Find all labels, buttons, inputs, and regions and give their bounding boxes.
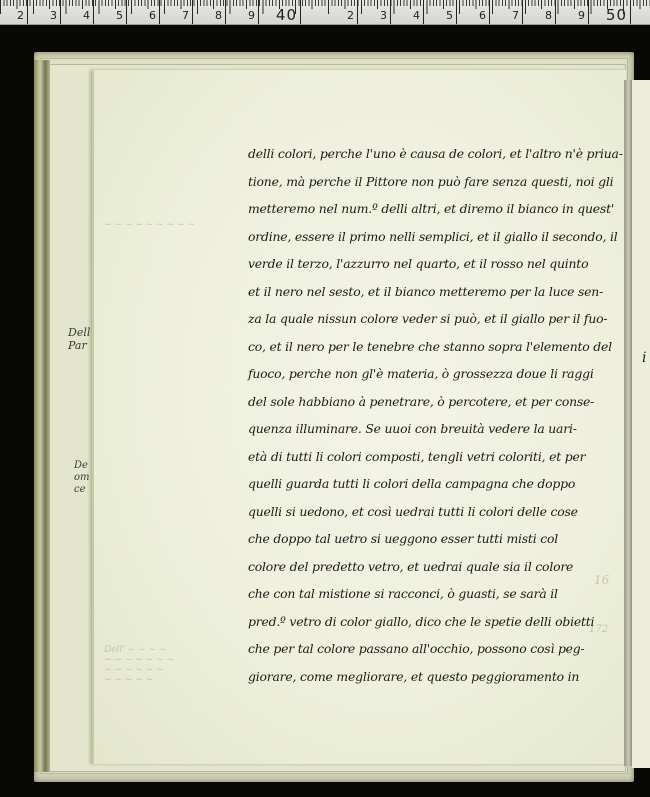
ruler-major-tick — [456, 0, 457, 24]
facing-page-fragment: i — [642, 350, 646, 366]
ruler-number: 3 — [380, 9, 390, 22]
ruler-number: 6 — [149, 9, 159, 22]
manuscript-line: za la quale nissun colore veder si può, … — [248, 305, 618, 333]
manuscript-line: ordine, essere il primo nelli semplici, … — [248, 223, 618, 251]
ruler-number: 50 — [606, 6, 630, 24]
ruler-major-tick — [522, 0, 523, 24]
ruler-number: 9 — [248, 9, 258, 22]
ruler-major-tick — [60, 0, 61, 24]
ruler-number: 2 — [17, 9, 27, 22]
marginal-word: Par — [68, 339, 90, 352]
ruler-number: 7 — [182, 9, 192, 22]
manuscript-line: giorare, come megliorare, et questo pegg… — [248, 663, 618, 691]
manuscript-line: fuoco, perche non gl'è materia, ò grosse… — [248, 360, 618, 388]
ruler-number: 4 — [413, 9, 423, 22]
ruler-major-tick — [27, 0, 28, 24]
manuscript-line: quenza illuminare. Se uuoi con breuità v… — [248, 415, 618, 443]
ruler-major-tick — [357, 0, 358, 24]
manuscript-line: del sole habbiano à penetrare, ò percote… — [248, 388, 618, 416]
ruler-major-tick — [258, 0, 259, 24]
manuscript-line: tione, mà perche il Pittore non può fare… — [248, 168, 618, 196]
manuscript-line: che doppo tal uetro si ueggono esser tut… — [248, 525, 618, 553]
ruler-major-tick — [159, 0, 160, 24]
binding-gutter — [624, 80, 632, 766]
bleed-through-text: ~ ~ ~ ~ ~ ~ ~ ~ ~ — [104, 220, 195, 230]
ruler-major-tick — [225, 0, 226, 24]
manuscript-line: quelli guarda tutti li colori della camp… — [248, 470, 618, 498]
ruler-number: 7 — [512, 9, 522, 22]
ruler-major-tick — [300, 0, 301, 24]
ruler-number: 2 — [347, 9, 357, 22]
ruler-major-tick — [630, 0, 631, 24]
manuscript-line: metteremo nel num.º delli altri, et dire… — [248, 195, 618, 223]
ruler-major-tick — [489, 0, 490, 24]
ruler-major-tick — [126, 0, 127, 24]
ruler-number: 9 — [578, 9, 588, 22]
ruler-major-tick — [93, 0, 94, 24]
handwritten-text-block: delli colori, perche l'uno è causa de co… — [248, 140, 618, 690]
ruler-major-tick — [588, 0, 589, 24]
left-marginal-note: De om ce — [74, 460, 90, 496]
ruler-major-tick — [423, 0, 424, 24]
ruler-number: 6 — [479, 9, 489, 22]
ruler-number: 3 — [50, 9, 60, 22]
manuscript-line: et il nero nel sesto, et il bianco mette… — [248, 278, 618, 306]
page-edges-left — [34, 60, 50, 772]
left-marginal-note: Dell Par — [68, 326, 90, 352]
ruler-major-tick — [192, 0, 193, 24]
facing-page-edge — [632, 80, 650, 768]
marginal-word: De — [74, 460, 90, 472]
manuscript-line: età di tutti li colori composti, tengli … — [248, 443, 618, 471]
ruler-number: 5 — [116, 9, 126, 22]
ruler-number: 5 — [446, 9, 456, 22]
ruler-major-tick — [390, 0, 391, 24]
marginal-word: om — [74, 472, 90, 484]
ruler-major-tick — [555, 0, 556, 24]
manuscript-line: colore del predetto vetro, et uedrai qua… — [248, 553, 618, 581]
ruler-number: 8 — [215, 9, 225, 22]
marginal-word: Dell — [68, 326, 90, 339]
ruler-number: 4 — [83, 9, 93, 22]
bleed-through-text: Dell' ~ ~ ~ ~ ~ ~ ~ ~ ~ ~ ~ ~ ~ ~ ~ ~ ~ … — [104, 645, 174, 685]
manuscript-line: pred.º vetro di color giallo, dico che l… — [248, 608, 618, 636]
ruler-number: 40 — [276, 6, 300, 24]
ruler-number: 8 — [545, 9, 555, 22]
measurement-ruler: 23456789402345678950 — [0, 0, 650, 25]
manuscript-line: verde il terzo, l'azzurro nel quarto, et… — [248, 250, 618, 278]
manuscript-line: quelli si uedono, et così uedrai tutti l… — [248, 498, 618, 526]
manuscript-line: delli colori, perche l'uno è causa de co… — [248, 140, 618, 168]
manuscript-line: che con tal mistione si racconci, ò guas… — [248, 580, 618, 608]
manuscript-line: co, et il nero per le tenebre che stanno… — [248, 333, 618, 361]
manuscript-line: che per tal colore passano all'occhio, p… — [248, 635, 618, 663]
marginal-word: ce — [74, 484, 90, 496]
